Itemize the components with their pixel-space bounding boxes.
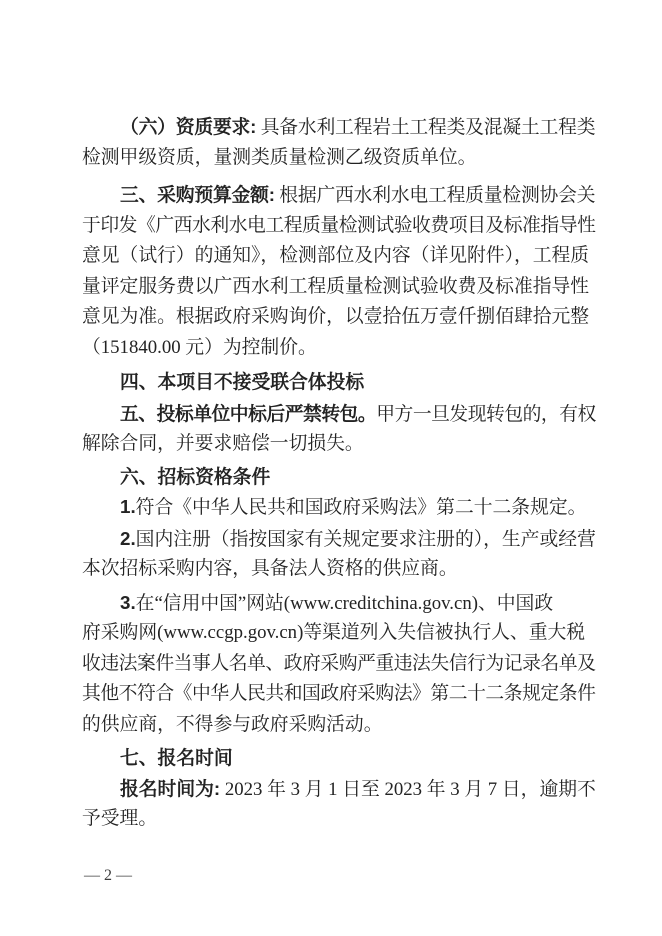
text-line: 予受理。 [82, 804, 596, 835]
text-run: 的供应商，不得参与政府采购活动。 [82, 714, 383, 735]
text-run: 国内注册（指按国家有关规定要求注册的），生产或经营 [136, 529, 596, 550]
bold-text-run: 五、投标单位中标后严禁转包。 [120, 403, 376, 424]
page-number: — 2 — [84, 866, 132, 886]
text-run: 本次招标采购内容，具备法人资格的供应商。 [82, 558, 458, 579]
text-run: 其他不符合《中华人民共和国政府采购法》第二十二条规定条件 [82, 683, 595, 704]
text-line: 意见为准。根据政府采购询价，以壹拾伍万壹仟捌佰肆拾元整 [82, 302, 596, 333]
text-line: （六）资质要求: 具备水利工程岩土工程类及混凝土工程类 [82, 112, 596, 143]
text-run: 甲方一旦发现转包的，有权 [376, 404, 596, 425]
text-run: 于印发《广西水利水电工程质量检测试验收费项目及标准指导性 [82, 215, 595, 236]
text-line: （151840.00 元）为控制价。 [82, 333, 596, 364]
bold-text-run: 2. [120, 528, 136, 549]
text-run: 收违法案件当事人名单、政府采购严重违法失信行为记录名单及 [82, 653, 595, 674]
para-budget-amount: 三、采购预算金额: 根据广西水利水电工程质量检测协会关于印发《广西水利水电工程质… [82, 180, 596, 363]
text-line: 五、投标单位中标后严禁转包。甲方一旦发现转包的，有权 [82, 399, 596, 430]
text-run: （151840.00 元）为控制价。 [82, 337, 317, 358]
para-condition-3: 3.在“信用中国”网站(www.creditchina.gov.cn)、中国政府… [82, 588, 596, 741]
text-run: 具备水利工程岩土工程类及混凝土工程类 [256, 117, 595, 138]
para-no-subcontracting: 五、投标单位中标后严禁转包。甲方一旦发现转包的，有权解除合同，并要求赔偿一切损失… [82, 399, 596, 460]
text-line: 的供应商，不得参与政府采购活动。 [82, 710, 596, 741]
bold-text-run: （六）资质要求: [120, 116, 256, 137]
para-qualification-requirement: （六）资质要求: 具备水利工程岩土工程类及混凝土工程类检测甲级资质，量测类质量检… [82, 112, 596, 173]
bold-text-run: 七、报名时间 [120, 747, 233, 768]
text-line: 2.国内注册（指按国家有关规定要求注册的），生产或经营 [82, 524, 596, 555]
text-run: 检测甲级资质，量测类质量检测乙级资质单位。 [82, 147, 476, 168]
text-run: 予受理。 [82, 808, 157, 829]
text-line: 3.在“信用中国”网站(www.creditchina.gov.cn)、中国政 [82, 588, 596, 619]
document-body: （六）资质要求: 具备水利工程岩土工程类及混凝土工程类检测甲级资质，量测类质量检… [82, 112, 596, 835]
bold-text-run: 3. [120, 592, 136, 613]
text-run: 符合《中华人民共和国政府采购法》第二十二条规定。 [136, 497, 587, 518]
text-run: 2023 年 3 月 1 日至 2023 年 3 月 7 日，逾期不 [220, 779, 596, 800]
text-line: 其他不符合《中华人民共和国政府采购法》第二十二条规定条件 [82, 679, 596, 710]
text-line: 意见（试行）的通知》，检测部位及内容（详见附件），工程质 [82, 241, 596, 272]
text-line: 六、招标资格条件 [82, 462, 596, 493]
text-line: 七、报名时间 [82, 743, 596, 774]
para-condition-2: 2.国内注册（指按国家有关规定要求注册的），生产或经营本次招标采购内容，具备法人… [82, 524, 596, 585]
text-line: 1.符合《中华人民共和国政府采购法》第二十二条规定。 [82, 492, 596, 523]
text-line: 报名时间为: 2023 年 3 月 1 日至 2023 年 3 月 7 日，逾期… [82, 774, 596, 805]
text-run: 解除合同，并要求赔偿一切损失。 [82, 433, 364, 454]
text-run: 量评定服务费以广西水利工程质量检测试验收费及标准指导性 [82, 276, 589, 297]
text-line: 三、采购预算金额: 根据广西水利水电工程质量检测协会关 [82, 180, 596, 211]
text-line: 收违法案件当事人名单、政府采购严重违法失信行为记录名单及 [82, 649, 596, 680]
para-registration-time-heading: 七、报名时间 [82, 743, 596, 774]
document-page: （六）资质要求: 具备水利工程岩土工程类及混凝土工程类检测甲级资质，量测类质量检… [0, 0, 662, 936]
text-run: 意见为准。根据政府采购询价，以壹拾伍万壹仟捌佰肆拾元整 [82, 306, 589, 327]
text-run: 府采购网(www.ccgp.gov.cn)等渠道列入失信被执行人、重大税 [82, 622, 585, 643]
bold-text-run: 报名时间为: [120, 778, 220, 799]
para-qualification-conditions-heading: 六、招标资格条件 [82, 462, 596, 493]
text-run: 根据广西水利水电工程质量检测协会关 [275, 185, 596, 206]
text-run: 在“信用中国”网站(www.creditchina.gov.cn)、中国政 [136, 593, 553, 614]
text-line: 于印发《广西水利水电工程质量检测试验收费项目及标准指导性 [82, 211, 596, 242]
bold-text-run: 四、本项目不接受联合体投标 [120, 371, 364, 392]
text-line: 检测甲级资质，量测类质量检测乙级资质单位。 [82, 143, 596, 174]
bold-text-run: 六、招标资格条件 [120, 466, 270, 487]
text-line: 本次招标采购内容，具备法人资格的供应商。 [82, 554, 596, 585]
para-registration-time: 报名时间为: 2023 年 3 月 1 日至 2023 年 3 月 7 日，逾期… [82, 774, 596, 835]
bold-text-run: 三、采购预算金额: [120, 184, 275, 205]
para-condition-1: 1.符合《中华人民共和国政府采购法》第二十二条规定。 [82, 492, 596, 523]
text-line: 四、本项目不接受联合体投标 [82, 367, 596, 398]
text-line: 量评定服务费以广西水利工程质量检测试验收费及标准指导性 [82, 272, 596, 303]
bold-text-run: 1. [120, 496, 136, 517]
text-run: 意见（试行）的通知》，检测部位及内容（详见附件），工程质 [82, 245, 589, 266]
text-line: 解除合同，并要求赔偿一切损失。 [82, 429, 596, 460]
text-line: 府采购网(www.ccgp.gov.cn)等渠道列入失信被执行人、重大税 [82, 618, 596, 649]
para-no-consortium-bid: 四、本项目不接受联合体投标 [82, 367, 596, 398]
